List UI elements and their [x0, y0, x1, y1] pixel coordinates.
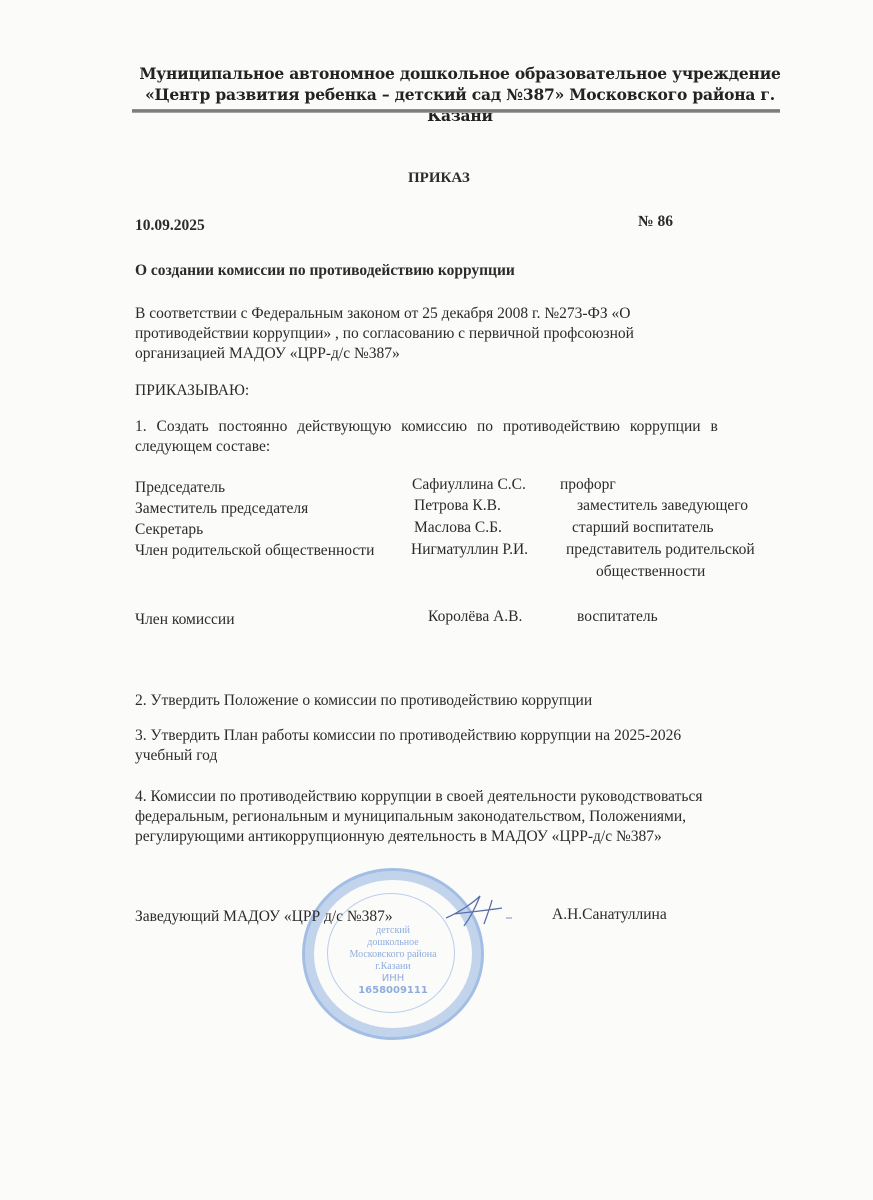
member-name: Королёва А.В.	[428, 608, 522, 626]
member-position: представитель родительской	[566, 541, 755, 559]
item-1-line: 1. Создать постоянно действующую комисси…	[135, 417, 780, 437]
stamp-text: Московского района	[305, 949, 481, 960]
member-role: Член родительской общественности	[135, 542, 374, 560]
member-position-cont: общественности	[596, 563, 705, 581]
item-3: 3. Утвердить План работы комиссии по про…	[135, 726, 785, 766]
order-date: 10.09.2025	[135, 217, 205, 235]
member-role: Член комиссии	[135, 611, 235, 629]
member-position: профорг	[560, 476, 616, 494]
member-position: воспитатель	[577, 608, 658, 626]
member-position: заместитель заведующего	[577, 497, 748, 515]
preamble-line: противодействии коррупции» , по согласов…	[135, 324, 785, 344]
item-3-line: учебный год	[135, 746, 785, 766]
header-line-1: Муниципальное автономное дошкольное обра…	[130, 63, 790, 84]
item-1: 1. Создать постоянно действующую комисси…	[135, 417, 785, 457]
preamble-line: организацией МАДОУ «ЦРР-д/с №387»	[135, 344, 785, 364]
stamp-inn: 1658009111	[305, 985, 481, 996]
document-page: Муниципальное автономное дошкольное обра…	[0, 0, 873, 1200]
item-3-line: 3. Утвердить План работы комиссии по про…	[135, 726, 785, 746]
member-name: Сафиуллина С.С.	[412, 476, 526, 494]
preamble: В соответствии с Федеральным законом от …	[135, 304, 785, 364]
signatory-name: А.Н.Санатуллина	[552, 906, 667, 924]
handwritten-signature-icon	[440, 892, 530, 932]
organization-header: Муниципальное автономное дошкольное обра…	[130, 63, 790, 126]
item-4-line: 4. Комиссии по противодействию коррупции…	[135, 787, 785, 807]
order-subject: О создании комиссии по противодействию к…	[135, 262, 515, 280]
member-position: старший воспитатель	[572, 519, 714, 537]
stamp-text: г.Казани	[305, 961, 481, 972]
member-role: Заместитель председателя	[135, 500, 308, 518]
preamble-line: В соответствии с Федеральным законом от …	[135, 304, 785, 324]
member-name: Маслова С.Б.	[414, 519, 502, 537]
item-4-line: регулирующими антикоррупционную деятельн…	[135, 827, 785, 847]
item-4-line: федеральным, региональным и муниципальны…	[135, 807, 785, 827]
header-line-2: «Центр развития ребенка – детский сад №3…	[130, 84, 790, 126]
order-number: № 86	[638, 213, 673, 231]
signatory-position: Заведующий МАДОУ «ЦРР д/с №387»	[135, 908, 393, 926]
stamp-text: дошкольное	[305, 937, 481, 948]
member-role: Секретарь	[135, 521, 203, 539]
stamp-text: ИНН	[305, 973, 481, 984]
item-1-line: следующем составе:	[135, 437, 785, 457]
member-name: Петрова К.В.	[414, 497, 501, 515]
header-divider	[132, 109, 780, 113]
decree-word: ПРИКАЗЫВАЮ:	[135, 382, 249, 400]
member-name: Нигматуллин Р.И.	[411, 541, 528, 559]
document-title: ПРИКАЗ	[408, 170, 470, 187]
member-role: Председатель	[135, 479, 225, 497]
item-2: 2. Утвердить Положение о комиссии по про…	[135, 692, 592, 710]
item-4: 4. Комиссии по противодействию коррупции…	[135, 787, 785, 847]
